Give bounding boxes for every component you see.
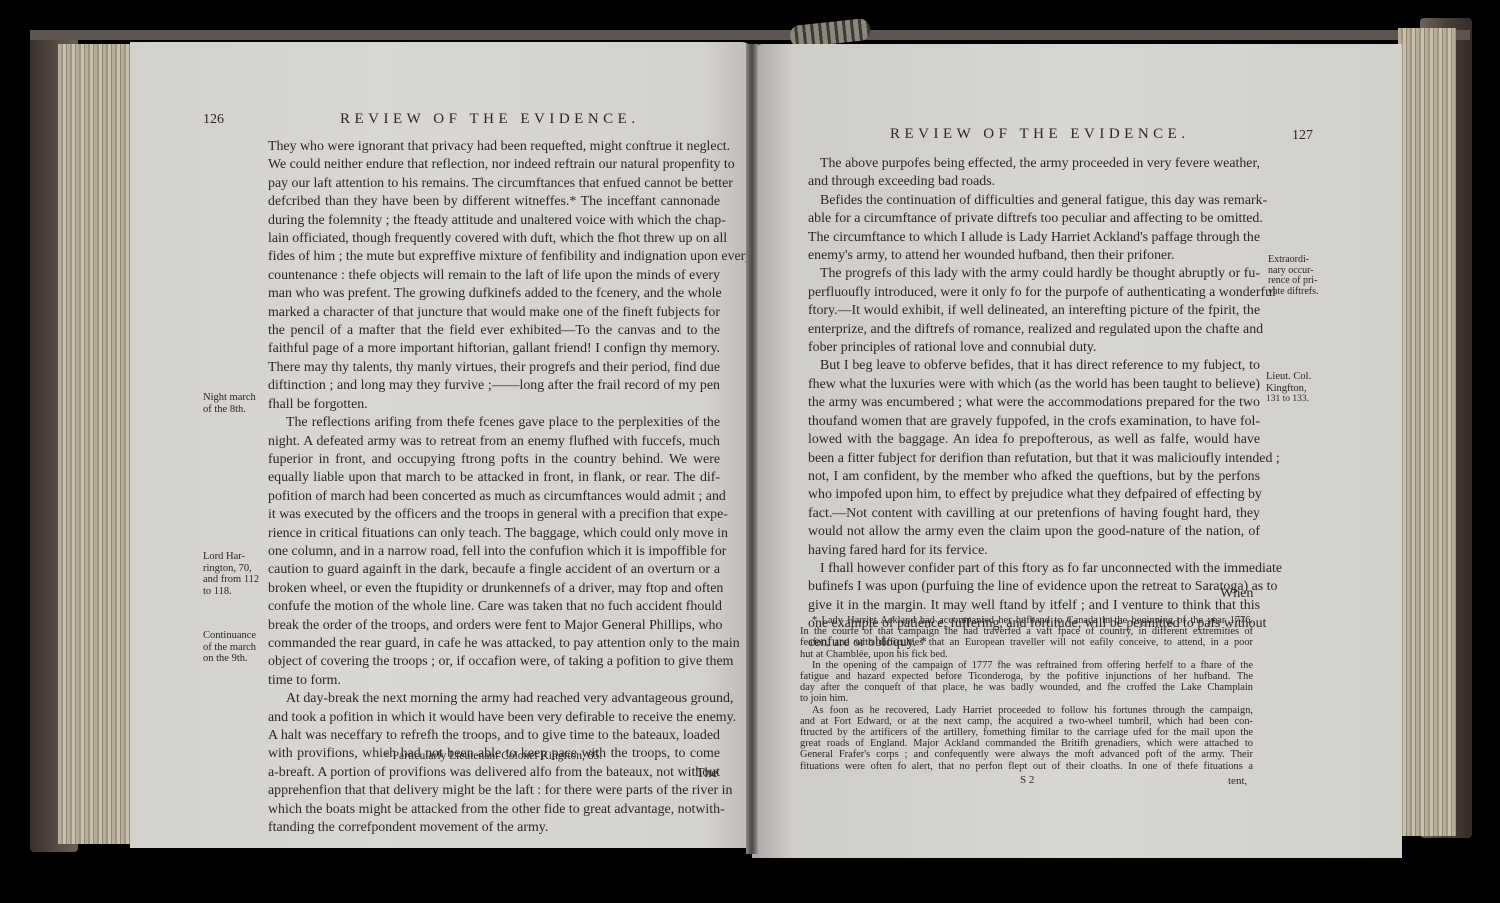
footnote-line: As foon as he recovered, Lady Harriet pr… — [800, 705, 1253, 716]
text-line: been a fitter fubject for derifion than … — [808, 450, 1260, 468]
text-line: lain officiated, though frequently cover… — [268, 230, 720, 248]
text-line: and through exceeding bad roads. — [808, 173, 1260, 191]
text-line: The circumftance to which I allude is La… — [808, 229, 1260, 247]
text-line: defcribed than they have been by differe… — [268, 193, 720, 211]
text-line: who impofed upon him, to effect by preju… — [808, 486, 1260, 504]
text-line: But I beg leave to obferve befides, that… — [808, 357, 1260, 375]
text-line: night. A defeated army was to retreat fr… — [268, 433, 720, 451]
text-line: one column, and in a narrow road, fell i… — [268, 543, 720, 561]
text-line: the army was encumbered ; what were the … — [808, 394, 1260, 412]
footnote-line: and at Fort Edward, or at the next camp,… — [800, 716, 1253, 727]
text-line: it was executed by the officers and the … — [268, 506, 720, 524]
book-gutter-shadow — [746, 44, 758, 854]
footnote-line: In the opening of the campaign of 1777 f… — [800, 660, 1253, 671]
text-line: break the order of the troops, and order… — [268, 617, 720, 635]
text-line: lowed with the baggage. An idea fo prepo… — [808, 431, 1260, 449]
text-line: The reflections arifing from thefe fcene… — [268, 414, 720, 432]
text-line: enterprize, and the diftrefs of romance,… — [808, 321, 1260, 339]
text-line: The progrefs of this lady with the army … — [808, 265, 1260, 283]
footnote-line: In the courfe of that campaign fhe had t… — [800, 626, 1253, 637]
text-line: There may thy talents, thy manly virtues… — [268, 359, 720, 377]
footnote-line: General Frafer's corps ; and confequentl… — [800, 749, 1253, 760]
text-line: caution to guard againft in the dark, be… — [268, 561, 720, 579]
left-page-number: 126 — [203, 112, 224, 128]
text-line: having fared hard for its fervice. — [808, 542, 1260, 560]
right-page-number: 127 — [1292, 128, 1313, 144]
text-line: fact.—Not content with cavilling at our … — [808, 505, 1260, 523]
text-line: marked a character of that juncture that… — [268, 304, 720, 322]
footnote-line: day after the conqueft of that place, he… — [800, 682, 1253, 693]
margin-note-lieut-col-kingston: Lieut. Col. Kingfton, 131 to 133. — [1266, 371, 1311, 406]
right-catchword-main: When — [1220, 586, 1253, 602]
text-line: enemy's army, to attend her wounded hufb… — [808, 247, 1260, 265]
text-line: time to form. — [268, 672, 720, 690]
text-line: thoufand women that are gravely fuppofed… — [808, 413, 1260, 431]
text-line: broken wheel, or even the ftupidity or d… — [268, 580, 720, 598]
right-running-head: REVIEW OF THE EVIDENCE. — [890, 126, 1190, 143]
footnote-line: ftructed by the artificers of the artill… — [800, 727, 1253, 738]
page-edges-left — [58, 44, 130, 844]
text-line: equally liable upon that march to be att… — [268, 469, 720, 487]
text-line: perfluoufly introduced, were it only fo … — [808, 284, 1260, 302]
text-line: diftinction ; and long may they furvive … — [268, 377, 720, 395]
left-running-head: REVIEW OF THE EVIDENCE. — [340, 111, 640, 128]
text-line: The above purpofes being effected, the a… — [808, 155, 1260, 173]
text-line: a-breaft. A portion of provifions was de… — [268, 764, 720, 782]
text-line: fhall be forgotten. — [268, 396, 720, 414]
text-line: commanded the rear guard, in cafe he was… — [268, 635, 720, 653]
text-line: man who was prefent. The growing dufkine… — [268, 285, 720, 303]
text-line: apprehenfion that that delivery might be… — [268, 782, 720, 800]
margin-note-lord-harrington: Lord Har- rington, 70, and from 112 to 1… — [203, 551, 259, 597]
text-line: pofition of march had been concerted as … — [268, 488, 720, 506]
margin-note-extraordinary: Extraordi- nary occur- rence of pri- vat… — [1268, 255, 1319, 297]
footnote-line: fituations were often fo alert, that no … — [800, 761, 1253, 772]
text-line: I fhall however confider part of this ft… — [808, 560, 1260, 578]
text-line: would not allow the army even the claim … — [808, 523, 1260, 541]
text-line: fhew what the luxuries were with which (… — [808, 376, 1260, 394]
book-top-edge — [30, 30, 1470, 40]
footnote-line: fatigue and hazard expected before Ticon… — [800, 671, 1253, 682]
text-line: ftanding the correfpondent movement of t… — [268, 819, 720, 837]
text-line: rience in critical fituations can only t… — [268, 525, 720, 543]
text-line: and took a pofition in which it would ha… — [268, 709, 720, 727]
text-line: faithful page of a more important hiftor… — [268, 340, 720, 358]
margin-note-continuance: Continuance of the march on the 9th. — [203, 630, 256, 665]
left-footnote: * Particularly Lieutenant Colonel Kingft… — [384, 751, 602, 762]
text-line: We could neither endure that reflection,… — [268, 156, 720, 174]
text-line: fides of him ; the mute but expreffive m… — [268, 248, 720, 266]
footnote-line: great roads of England. Major Ackland co… — [800, 738, 1253, 749]
footnote-line: feafon, and with difficulties that an Eu… — [800, 637, 1253, 648]
text-line: pay our laft attention to his remains. T… — [268, 175, 720, 193]
text-line: confufe the motion of the whole line. Ca… — [268, 598, 720, 616]
text-line: bufinefs I was upon (purfuing the line o… — [808, 578, 1260, 596]
text-line: give it in the margin. It may well ftand… — [808, 597, 1260, 615]
right-footnote: * Lady Harriet Ackland had accompanied h… — [800, 615, 1253, 772]
text-line: A halt was neceffary to refrefh the troo… — [268, 727, 720, 745]
text-line: not, I am confident, by the member who a… — [808, 468, 1260, 486]
text-line: They who were ignorant that privacy had … — [268, 138, 720, 156]
page-edges-right — [1398, 28, 1456, 836]
text-line: countenance : thefe objects will remain … — [268, 267, 720, 285]
text-line: fuperior in front, and occupying ftrong … — [268, 451, 720, 469]
footnote-line: to join him. — [800, 693, 1253, 704]
right-catchword-footnote: tent, — [1228, 775, 1247, 787]
text-line: able for a circumftance of private diftr… — [808, 210, 1260, 228]
right-body-text: The above purpofes being effected, the a… — [808, 155, 1260, 652]
left-body-text: They who were ignorant that privacy had … — [268, 138, 720, 837]
text-line: object of covering the troops ; or, if o… — [268, 653, 720, 671]
text-line: fober principles of rational love and co… — [808, 339, 1260, 357]
footnote-line: * Lady Harriet Ackland had accompanied h… — [800, 615, 1253, 626]
left-catchword: The — [696, 766, 718, 782]
text-line: Befides the continuation of difficulties… — [808, 192, 1260, 210]
margin-note-night-march: Night march of the 8th. — [203, 392, 256, 415]
signature-mark: S 2 — [1020, 774, 1034, 786]
text-line: the pencil of a mafter that the field ev… — [268, 322, 720, 340]
text-line: At day-break the next morning the army h… — [268, 690, 720, 708]
text-line: during the folemnity ; the fteady attitu… — [268, 212, 720, 230]
text-line: which the boats might be attacked from t… — [268, 801, 720, 819]
footnote-line: hut at Chamblée, upon his fick bed. — [800, 649, 1253, 660]
text-line: ftory.—It would exhibit, if well delinea… — [808, 302, 1260, 320]
